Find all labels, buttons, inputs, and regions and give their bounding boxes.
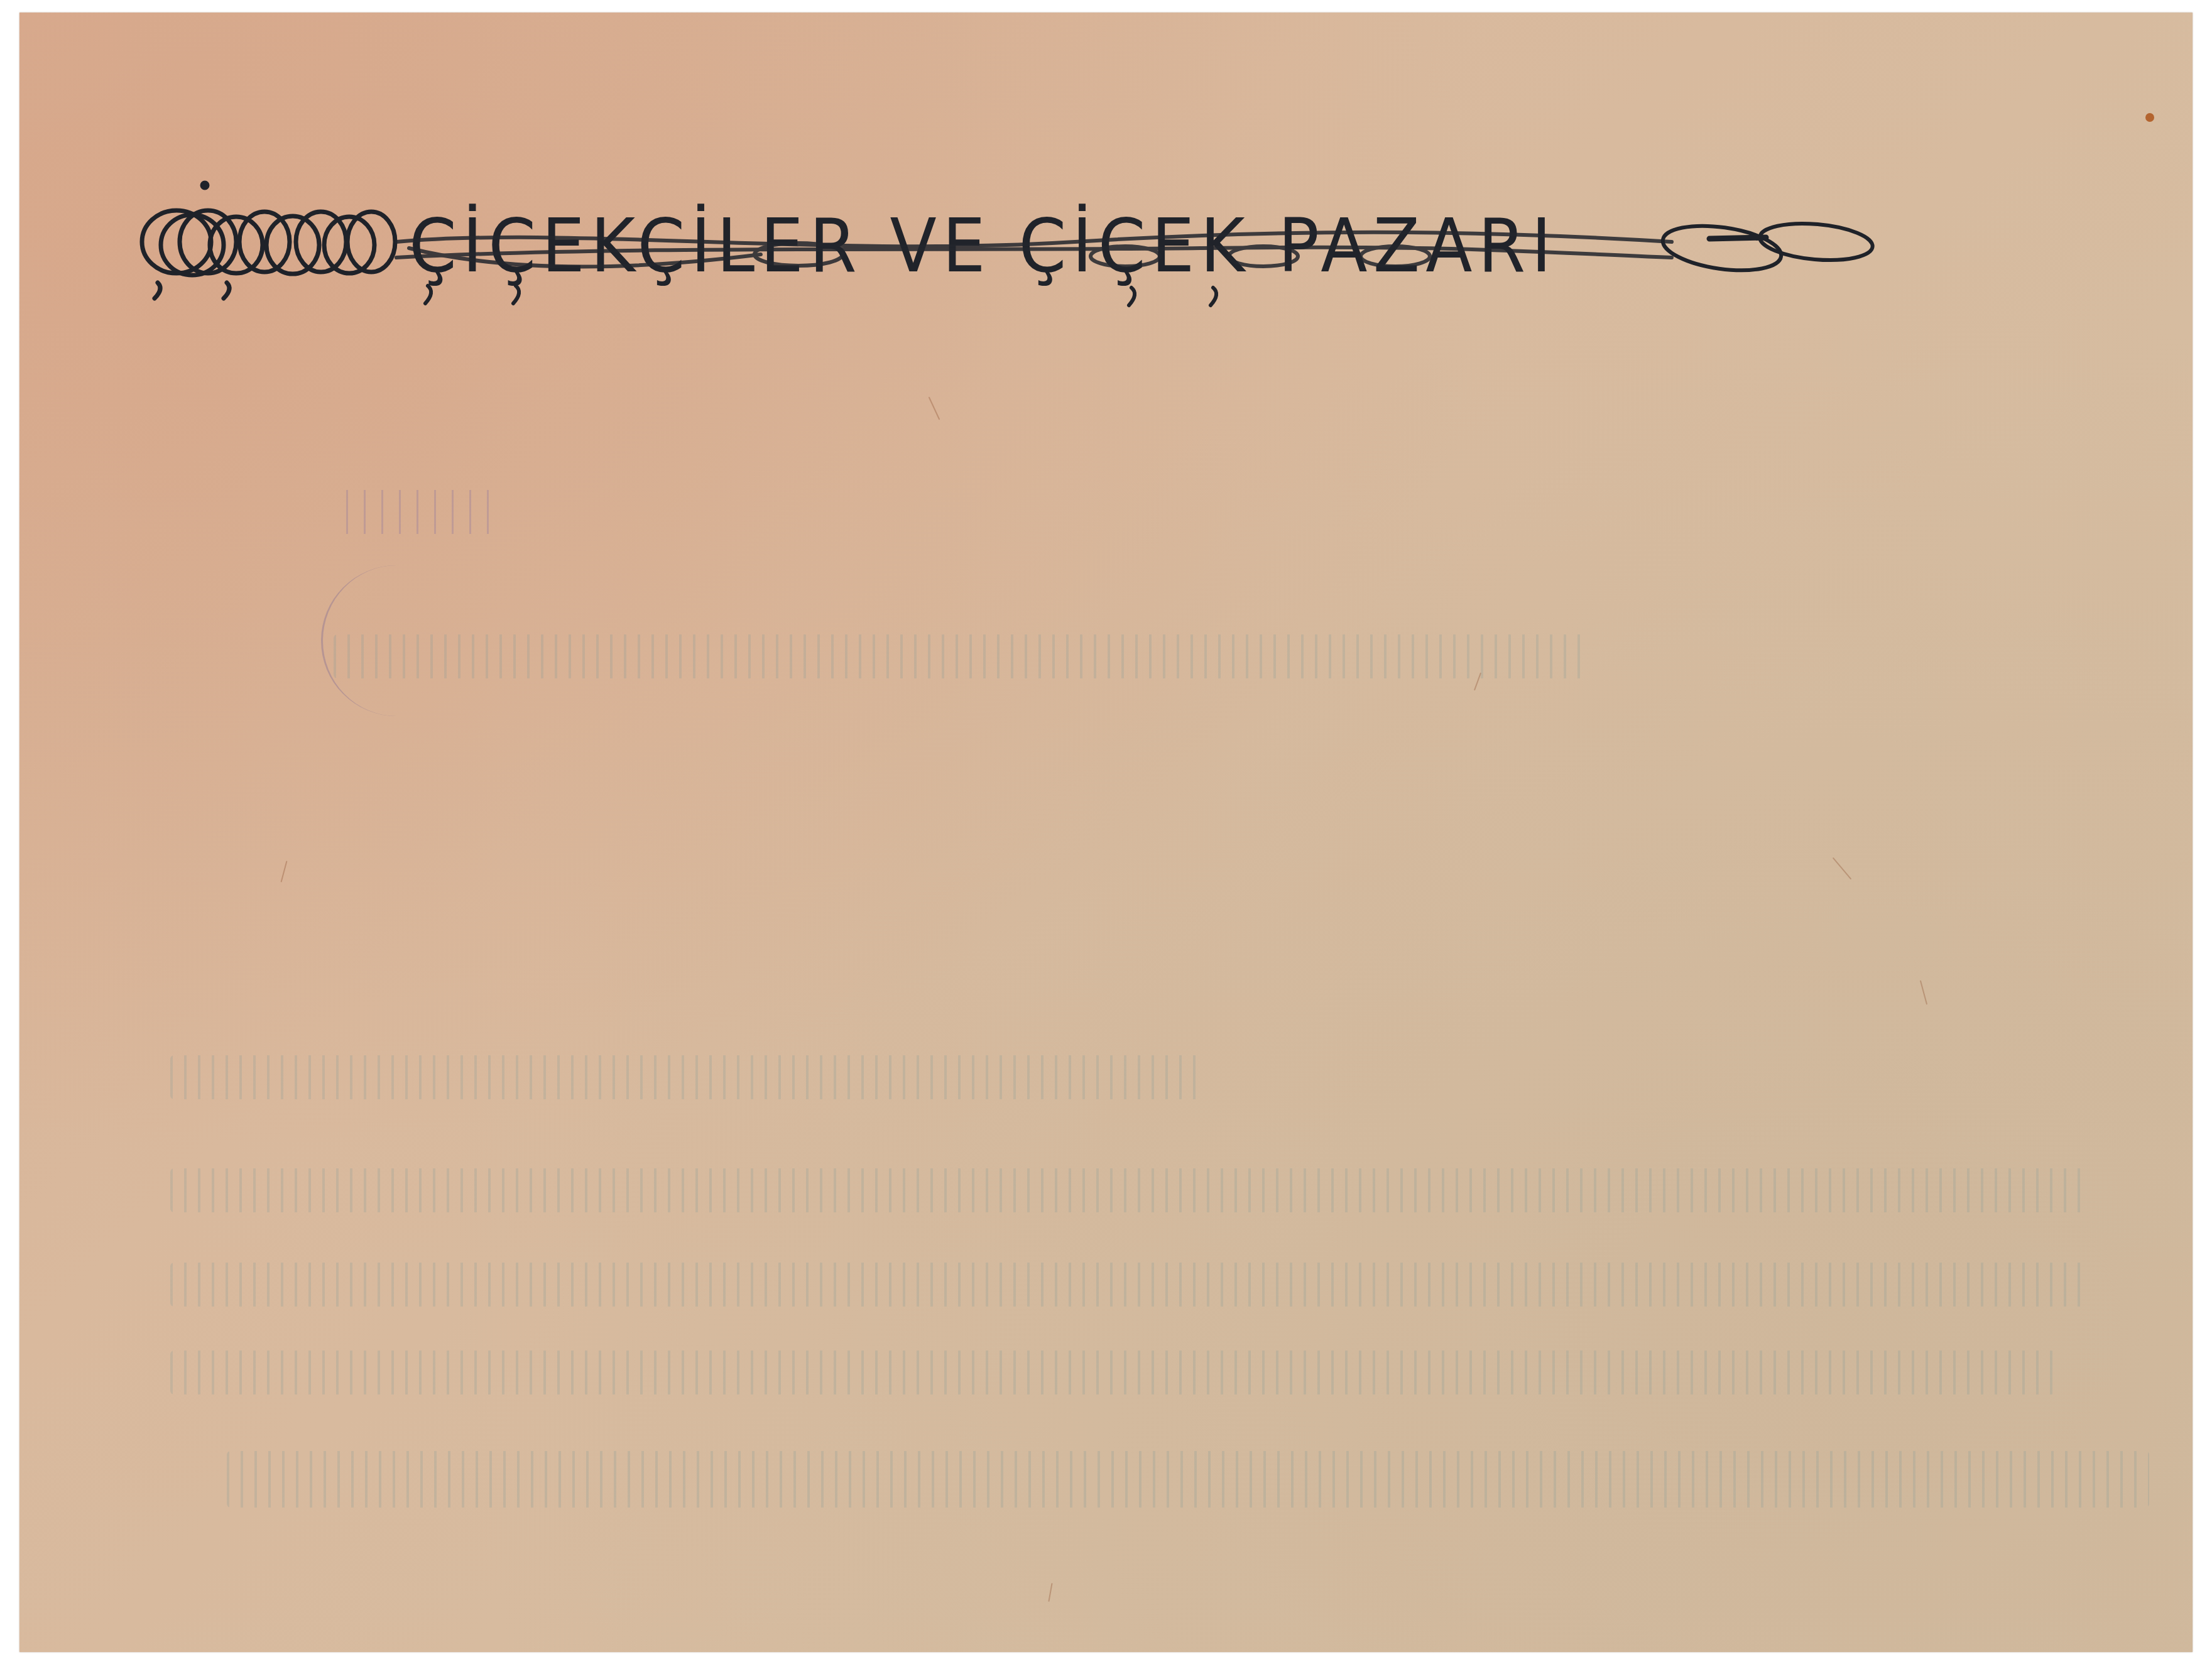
struck-title: ÇİÇEKÇİLER VE ÇİÇEK PAZARI bbox=[133, 182, 1879, 308]
bleed-through-line bbox=[170, 1351, 2055, 1394]
faint-pencil-mark bbox=[346, 490, 497, 534]
paper-fiber bbox=[1920, 980, 1927, 1004]
paper-sheet: ÇİÇEKÇİLER VE ÇİÇEK PAZARI bbox=[19, 13, 2193, 1652]
scribbled-word bbox=[142, 183, 395, 298]
paper-fiber bbox=[929, 396, 940, 420]
bleed-through-line bbox=[170, 1168, 2086, 1212]
bleed-through-line bbox=[170, 1263, 2086, 1307]
bleed-through-line bbox=[227, 1451, 2149, 1508]
cedilla-marks bbox=[425, 286, 1216, 305]
ink-speck bbox=[2145, 113, 2154, 122]
strikethrough-scribbles bbox=[133, 182, 1879, 308]
strike-lines bbox=[396, 232, 1672, 267]
paper-fiber bbox=[1833, 857, 1851, 880]
bleed-through-line bbox=[170, 1055, 1207, 1099]
bleed-through-line bbox=[334, 634, 1590, 678]
trailing-flourish bbox=[1660, 219, 1874, 277]
paper-fiber bbox=[281, 861, 288, 882]
paper-fiber bbox=[1048, 1583, 1052, 1602]
